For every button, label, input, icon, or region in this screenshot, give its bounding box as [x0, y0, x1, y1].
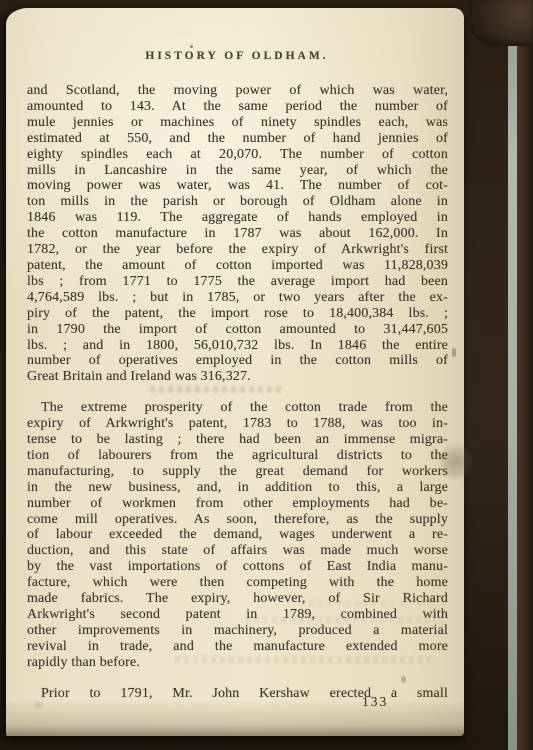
book-fore-edge — [452, 2, 510, 746]
paragraph: The extreme prosperity of the cotton tra… — [27, 400, 448, 670]
text-line: by the vast importations of cottons of E… — [27, 559, 448, 575]
text-line: piry of the patent, the import rose to 1… — [27, 306, 448, 322]
text-line: moving power was water, was 41. The numb… — [27, 178, 448, 194]
ink-speck — [452, 348, 456, 357]
paragraph: and Scotland, the moving power of which … — [27, 83, 448, 385]
text-line: Great Britain and Ireland was 316,327. — [27, 369, 448, 385]
text-line: The extreme prosperity of the cotton tra… — [27, 400, 448, 416]
book-photo: HISTORY OF OLDHAM. and Scotland, the mov… — [0, 0, 533, 750]
text-line: manufacturing, to supply the great deman… — [27, 464, 448, 480]
ink-speck — [401, 676, 406, 683]
text-line: lbs. ; and in 1800, 56,010,732 lbs. In 1… — [27, 338, 448, 354]
text-line: expiry of Arkwright's patent, 1783 to 17… — [27, 416, 448, 432]
text-line: and Scotland, the moving power of which … — [27, 83, 448, 99]
ink-speck — [34, 702, 43, 708]
text-line: 1846 was 119. The aggregate of hands emp… — [27, 210, 448, 226]
book-cover-corner — [470, 0, 533, 46]
text-line: number of workmen from other employments… — [27, 496, 448, 512]
bleedthrough-text-shadow — [300, 600, 435, 606]
book-cover-edge — [517, 0, 533, 750]
text-line: patent, the amount of cotton imported wa… — [27, 258, 448, 274]
text-line: revival in trade, and the manufacture ex… — [27, 639, 448, 655]
text-line: mills in Lancashire in the same year, of… — [27, 163, 448, 179]
text-line: ton mills in the parish or borough of Ol… — [27, 194, 448, 210]
text-line: other improvements in machinery, produce… — [27, 623, 448, 639]
text-line: come mill operatives. As soon, therefore… — [27, 512, 448, 528]
text-line: mule jennies or machines of ninety spind… — [27, 115, 448, 131]
text-line: in the new business, and, in addition to… — [27, 480, 448, 496]
text-line: lbs ; from 1771 to 1775 the average impo… — [27, 274, 448, 290]
bleedthrough-text-shadow — [175, 656, 430, 663]
text-line: amounted to 143. At the same period the … — [27, 99, 448, 115]
text-line: eighty spindles each at 20,070. The numb… — [27, 147, 448, 163]
text-line: of labour exceeded the demand, wages und… — [27, 527, 448, 543]
bleedthrough-text-shadow — [245, 617, 435, 623]
page-number: 133 — [362, 694, 388, 710]
text-line: in 1790 the import of cotton amounted to… — [27, 322, 448, 338]
text-line: duction, and this state of affairs was m… — [27, 543, 448, 559]
page-bottom-shadow — [6, 700, 464, 736]
bleedthrough-text-shadow — [150, 386, 285, 393]
text-line: number of operatives employed in the cot… — [27, 353, 448, 369]
text-line: 4,764,589 lbs. ; but in 1785, or two yea… — [27, 290, 448, 306]
text-line: 1782, or the year before the expiry of A… — [27, 242, 448, 258]
running-head: HISTORY OF OLDHAM. — [27, 50, 447, 62]
text-line: tense to be lasting ; there had been an … — [27, 432, 448, 448]
text-line: the cotton manufacture in 1787 was about… — [27, 226, 448, 242]
ink-speck — [190, 45, 193, 48]
text-line: estimated at 550, and the number of hand… — [27, 131, 448, 147]
text-line: tion of labourers from the agricultural … — [27, 448, 448, 464]
text-line: facture, which were then competing with … — [27, 575, 448, 591]
stain-smudge — [440, 443, 472, 481]
